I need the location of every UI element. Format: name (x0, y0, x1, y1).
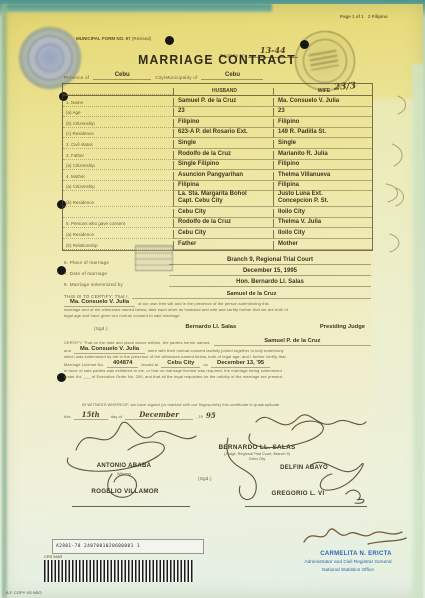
wife-value: 23 (273, 108, 372, 117)
registrar-name: CARMELITA N. ERICTA (292, 551, 420, 557)
husband-value: Filipina (173, 182, 273, 191)
row-label: 4. Mother (63, 174, 173, 181)
husband-value: Rodolfo de la Cruz (173, 151, 273, 160)
husband-column-header: HUSBAND (173, 88, 273, 95)
wife-value: Iloilo City (273, 230, 372, 239)
table-row: (c) Residence623-A P. del Rosario Ext.14… (63, 128, 372, 139)
certify-intro-row: THIS IS TO CERTIFY: That I, Samuel de la… (64, 291, 371, 299)
city-label: City/Municipality of (155, 75, 197, 80)
row-label: 3. Father (63, 153, 173, 160)
city-value: Cebu (201, 72, 263, 80)
table-row: 1. NameSamuel P. de la CruzMa. Consuelo … (63, 96, 372, 107)
date-label: 7. Date of marriage (64, 271, 169, 276)
solemnized-by-row: 8. Marriage solemnized by Hon. Bernardo … (64, 276, 371, 287)
solemnizing-officer-name: BERNARDO LL. SALAS (190, 444, 324, 451)
registrar-title: Administrator and Civil Registrar Genera… (272, 560, 424, 565)
parties-certification: THIS IS TO CERTIFY: That I, Samuel de la… (64, 291, 371, 331)
punch-hole-dot (165, 36, 174, 45)
province-value: Cebu (93, 72, 151, 80)
punch-hole-dot (300, 40, 309, 49)
solemnizing-officer-title2: Cebu City (186, 457, 328, 461)
row-label: 5. Persons who gave consent (63, 221, 173, 228)
certify-text: legal age and have given our mutual cons… (64, 313, 371, 319)
license-date: December 13, '95 (211, 360, 270, 368)
table-row: (a) CitizenshipSingle FilipinoFilipino (63, 160, 372, 171)
marriage-fields: 6. Place of marriage Branch 9, Regional … (64, 254, 371, 287)
barcode-code: A2801-78 2407001020600001 1 (53, 544, 140, 549)
license-number: 404874 (107, 360, 138, 368)
page-number: Page 1 of 1 (340, 14, 364, 19)
husband-value: 23 (173, 108, 273, 117)
row-label: (a) Citizenship (63, 184, 173, 191)
row-label (63, 216, 173, 218)
husband-value: Rodolfo de la Cruz (173, 219, 273, 228)
husband-value: Cebu City (173, 230, 273, 239)
witness-role: Witness (68, 471, 180, 476)
date-of-marriage-row: 7. Date of marriage December 15, 1995 (64, 265, 371, 276)
row-label: (a) Citizenship (63, 163, 173, 170)
husband-value: 623-A P. del Rosario Ext. (173, 129, 273, 138)
municipal-form-no: MUNICIPAL FORM NO. 97 (Revised) (76, 36, 151, 41)
husband-value: Cebu City (173, 209, 273, 218)
husband-value: La. Sta. Margarita Bohol Capt. Cebu City (173, 191, 273, 207)
table-row: 3. FatherRodolfo de la CruzMarianito R. … (63, 149, 372, 160)
wife-value: Thelma V. Julia (273, 219, 372, 228)
wife-value: Thelma Villanueva (273, 172, 372, 181)
sgd-label: (Sgd.) (198, 476, 212, 481)
bride-name: Ma. Consuelo V. Julia (64, 299, 135, 307)
row-label: (a) Age (63, 110, 173, 117)
barcode-label-box: A2801-78 2407001020600001 1 (52, 539, 204, 554)
signature-line (72, 506, 190, 507)
table-row: (a) Age2323 (63, 107, 372, 118)
sgd-label: (Sgd.) (94, 326, 108, 331)
officiant-value: Hon. Bernardo Ll. Salas (169, 279, 371, 287)
table-header-row: HUSBAND WIFE (63, 84, 372, 96)
wife-value: 149 R. Padilla St. (273, 129, 372, 138)
form-no-text: MUNICIPAL FORM NO. 97 (76, 36, 131, 41)
witness-name-3: DELFIN ABAYO (248, 465, 360, 471)
groom-name: Samuel P. de la Cruz (214, 338, 371, 346)
table-row: Cebu CityIloilo City (63, 207, 372, 218)
parties-table: HUSBAND WIFE 1. NameSamuel P. de la Cruz… (62, 83, 373, 251)
registrar-office: National Statistics Office (272, 568, 424, 573)
row-label: (c) Residence (63, 131, 173, 138)
wife-value: Mother (273, 241, 372, 250)
table-row: 2. Civil statusSingleSingle (63, 138, 372, 149)
place-of-marriage-row: 6. Place of marriage Branch 9, Regional … (64, 254, 371, 265)
witness-name-4: GREGORIO L. VI (242, 490, 354, 497)
solemnizing-officer-title1: (Judge, Regional Trial Court, Branch 9) (186, 452, 328, 456)
wife-value: Filipino (273, 161, 372, 170)
province-label: Province of (64, 75, 89, 80)
wife-value: Justo Luna Ext. Concepcion P. St. (273, 191, 372, 207)
witness-name-1: ANTONIO ABABA (68, 463, 180, 469)
handwritten-margin-marks (362, 84, 422, 284)
license-row: Marriage License No. 404874 issued at Ce… (64, 360, 371, 368)
husband-value: Filipino (173, 119, 273, 128)
location-row: Province of Cebu City/Municipality of Ce… (64, 72, 364, 80)
page-note: 2 Filipino (368, 14, 388, 19)
bride-name: Ma. Consuelo V. Julia (74, 346, 145, 354)
table-row: (a) CitizenshipFilipinaFilipina (63, 181, 372, 192)
table-row: 5. Persons who gave consentRodolfo de la… (63, 218, 372, 229)
wife-column-header: WIFE (273, 88, 372, 95)
table-row: (b) CitizenshipFilipinoFilipino (63, 117, 372, 128)
certify-bride-row: Ma. Consuelo V. Julia of our own free wi… (64, 299, 371, 307)
scanned-marriage-contract: Page 1 of 1 2 Filipino MUNICIPAL FORM NO… (0, 0, 425, 598)
document-title: MARRIAGE CONTRACT (128, 52, 307, 67)
officiant-label: 8. Marriage solemnized by (64, 282, 169, 287)
husband-value: Asuncion Pangyarihan (173, 172, 273, 181)
officiant-certification: CERTIFY: That on the date and place abov… (64, 338, 371, 380)
witness-name-2: ROGELIO VILLAMOR (66, 488, 184, 495)
place-label: 6. Place of marriage (64, 260, 169, 265)
barcode-subtext: CRS MAR (44, 554, 62, 559)
date-value: December 15, 1995 (169, 268, 371, 276)
table-row: (a) ResidenceCebu CityIloilo City (63, 228, 372, 239)
registrar-signature (298, 524, 410, 550)
row-label: 2. Civil status (63, 142, 173, 149)
wife-value: Ma. Consuelo V. Julia (273, 98, 372, 107)
copy-corner-note: A.F. COPY VS NSO (6, 590, 42, 595)
husband-value: Father (173, 241, 273, 250)
wife-value: Iloilo City (273, 209, 372, 218)
barcode (44, 560, 194, 582)
wife-value: Single (273, 140, 372, 149)
husband-value: Samuel P. de la Cruz (173, 98, 273, 107)
husband-value: Single (173, 140, 273, 149)
signature-line (245, 506, 367, 507)
table-row: 4. MotherAsuncion PangyarihanThelma Vill… (63, 170, 372, 181)
certify2-row1: CERTIFY: That on the date and place abov… (64, 338, 371, 346)
table-row: (b) ResidenceLa. Sta. Margarita Bohol Ca… (63, 191, 372, 207)
place-value: Branch 9, Regional Trial Court (169, 257, 371, 265)
row-label: (b) Citizenship (63, 121, 173, 128)
sgd-row: (Sgd.) Bernardo Ll. Salas Presiding Judg… (64, 324, 371, 331)
license-place: Cebu City (161, 360, 200, 368)
row-label: (b) Residence (63, 200, 173, 207)
wife-value: Marianito R. Julia (273, 151, 372, 160)
officiant-signed-name: Bernardo Ll. Salas (111, 324, 311, 331)
form-note-text: (Revised) (132, 36, 151, 41)
wife-value: Filipino (273, 119, 372, 128)
row-label: 1. Name (63, 100, 173, 107)
table-row: (b) RelationshipFatherMother (63, 239, 372, 250)
husband-value: Single Filipino (173, 161, 273, 170)
certify2-row2: and Ma. Consuelo V. Julia were with thei… (64, 346, 371, 354)
groom-name: Samuel de la Cruz (132, 291, 371, 299)
certify-text: under Art. ___ of Executive Order No. 20… (64, 374, 371, 380)
row-label: (a) Residence (63, 232, 173, 239)
officiant-title: Presiding Judge (314, 324, 371, 331)
document-paper: Page 1 of 1 2 Filipino MUNICIPAL FORM NO… (2, 4, 423, 598)
page-label: Page 1 of 1 2 Filipino (340, 14, 388, 19)
wife-value: Filipina (273, 182, 372, 191)
